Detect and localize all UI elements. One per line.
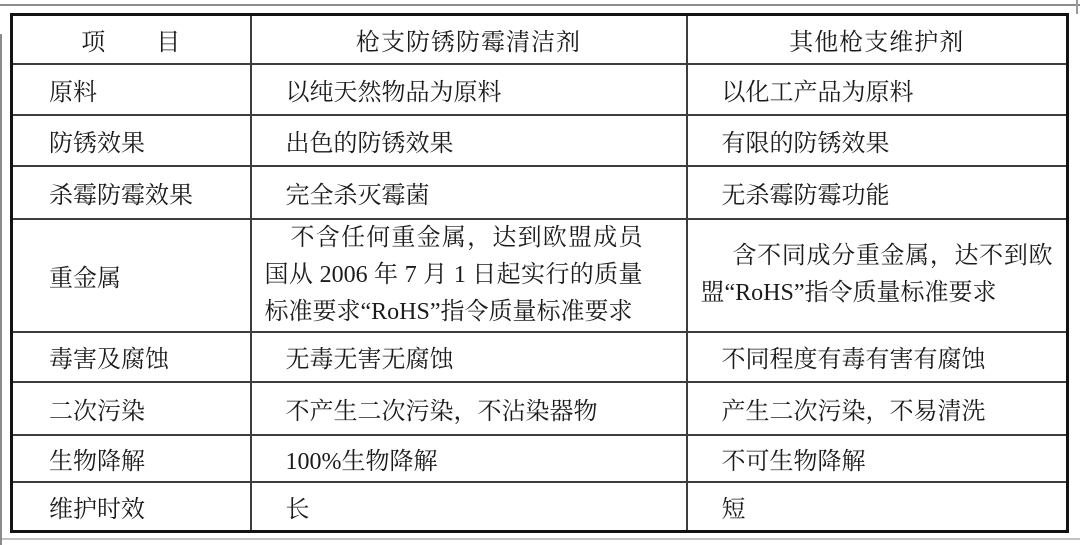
page-right-edge-mark xyxy=(1076,0,1078,14)
table-row: 二次污染 不产生二次污染，不沾染器物 产生二次污染，不易清洗 xyxy=(12,382,1068,435)
cleaner-value-cell: 不含任何重金属，达到欧盟成员国从 2006 年 7 月 1 日起实行的质量标准要… xyxy=(251,219,687,332)
table-row: 生物降解 100%生物降解 不可生物降解 xyxy=(12,435,1068,482)
cleaner-value-cell: 出色的防锈效果 xyxy=(251,115,687,166)
header-cell-item: 项 目 xyxy=(12,15,251,64)
other-value-cell: 有限的防锈效果 xyxy=(687,115,1068,166)
row-label-cell: 原料 xyxy=(12,64,251,115)
cleaner-value-cell: 以纯天然物品为原料 xyxy=(251,64,687,115)
table-row: 杀霉防霉效果 完全杀灭霉菌 无杀霉防霉功能 xyxy=(12,166,1068,219)
cleaner-value-cell: 100%生物降解 xyxy=(251,435,687,482)
other-value-cell: 产生二次污染，不易清洗 xyxy=(687,382,1068,435)
cleaner-value-cell: 无毒无害无腐蚀 xyxy=(251,332,687,382)
header-row: 项 目 枪支防锈防霉清洁剂 其他枪支维护剂 xyxy=(12,15,1068,64)
row-label-cell: 重金属 xyxy=(12,219,251,332)
page-left-edge-line xyxy=(0,34,2,545)
other-value-cell: 不同程度有毒有害有腐蚀 xyxy=(687,332,1068,382)
row-label-cell: 二次污染 xyxy=(12,382,251,435)
paragraph-text: 含不同成分重金属，达不到欧盟“RoHS”指令质量标准要求 xyxy=(701,238,1053,312)
cleaner-value-cell: 长 xyxy=(251,482,687,532)
other-value-cell: 短 xyxy=(687,482,1068,532)
other-value-cell: 无杀霉防霉功能 xyxy=(687,166,1068,219)
table-row: 维护时效 长 短 xyxy=(12,482,1068,532)
page-top-rule xyxy=(0,4,1080,6)
other-value-cell: 以化工产品为原料 xyxy=(687,64,1068,115)
other-value-cell: 不可生物降解 xyxy=(687,435,1068,482)
cleaner-value-cell: 完全杀灭霉菌 xyxy=(251,166,687,219)
row-label-cell: 毒害及腐蚀 xyxy=(12,332,251,382)
header-cell-cleaner: 枪支防锈防霉清洁剂 xyxy=(251,15,687,64)
row-label-cell: 维护时效 xyxy=(12,482,251,532)
header-cell-other: 其他枪支维护剂 xyxy=(687,15,1068,64)
row-label-cell: 生物降解 xyxy=(12,435,251,482)
paragraph-text: 不含任何重金属，达到欧盟成员国从 2006 年 7 月 1 日起实行的质量标准要… xyxy=(265,220,643,331)
row-label-cell: 杀霉防霉效果 xyxy=(12,166,251,219)
page-bottom-rule xyxy=(0,538,1080,540)
other-value-cell: 含不同成分重金属，达不到欧盟“RoHS”指令质量标准要求 xyxy=(687,219,1068,332)
cleaner-value-cell: 不产生二次污染，不沾染器物 xyxy=(251,382,687,435)
table-row: 重金属 不含任何重金属，达到欧盟成员国从 2006 年 7 月 1 日起实行的质… xyxy=(12,219,1068,332)
comparison-table: 项 目 枪支防锈防霉清洁剂 其他枪支维护剂 原料 以纯天然物品为原料 以化工产品… xyxy=(10,13,1069,533)
table-row: 毒害及腐蚀 无毒无害无腐蚀 不同程度有毒有害有腐蚀 xyxy=(12,332,1068,382)
scanned-page: { "table": { "columns": [ "项 目", "枪支防锈防霉… xyxy=(0,0,1080,545)
row-label-cell: 防锈效果 xyxy=(12,115,251,166)
table-row: 防锈效果 出色的防锈效果 有限的防锈效果 xyxy=(12,115,1068,166)
table-row: 原料 以纯天然物品为原料 以化工产品为原料 xyxy=(12,64,1068,115)
